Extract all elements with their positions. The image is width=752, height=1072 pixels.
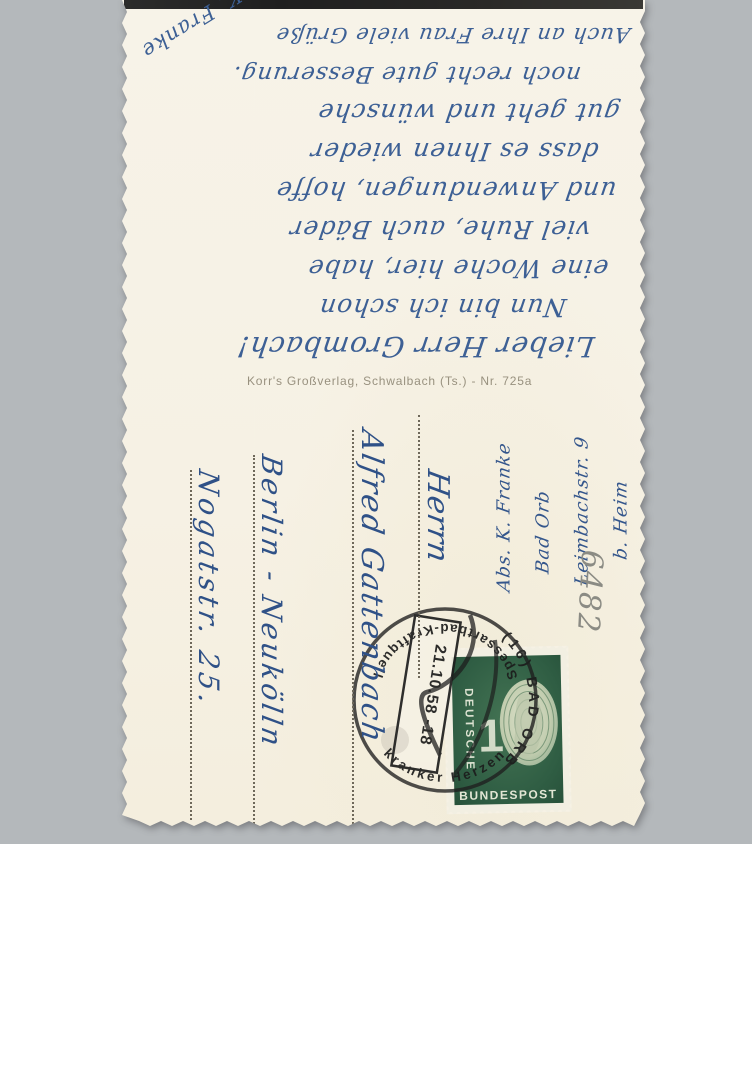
address-text: Berlin - Neukölln xyxy=(255,452,288,751)
address-line: Nogatstr. 25. xyxy=(190,470,253,820)
sender-line: b. Heim xyxy=(602,381,641,562)
message-line: und Anwendungen, hoffe xyxy=(127,171,618,210)
handwritten-message-block: Lieber Herr Grombach! Nun bin ich schon … xyxy=(130,6,636,366)
address-text: Nogatstr. 25. xyxy=(192,467,225,710)
address-line: Alfred Gattenbach xyxy=(352,430,418,828)
message-line: dass es Ihnen wieder xyxy=(127,132,600,171)
message-line: Nun bin ich schon xyxy=(127,288,568,327)
postcard-paper: Lieber Herr Grombach! Nun bin ich schon … xyxy=(122,0,645,826)
scanner-white-area xyxy=(0,844,752,1072)
message-line: eine Woche hier, habe xyxy=(127,249,610,288)
sender-line: Bad Orb xyxy=(524,381,563,576)
pencil-number: 6482 xyxy=(554,548,609,655)
address-line: Berlin - Neukölln xyxy=(253,455,352,828)
stamp-country-text: DEUTSCHE xyxy=(462,688,476,771)
address-text: Alfred Gattenbach xyxy=(354,427,389,747)
message-line: viel Ruhe, auch Bäder xyxy=(127,210,592,249)
message-line: gut geht und wünsche xyxy=(127,93,622,132)
recipient-address-block: Herrn Alfred Gattenbach Berlin - Neuköll… xyxy=(160,400,460,830)
sender-line: Abs. K. Franke xyxy=(485,381,524,594)
message-line: noch recht gute Besserung. xyxy=(127,54,583,93)
message-line: Lieber Herr Grombach! xyxy=(127,327,596,366)
address-line: Herrn xyxy=(418,415,460,678)
postcard-back: Lieber Herr Grombach! Nun bin ich schon … xyxy=(122,0,645,826)
address-text: Herrn xyxy=(420,467,455,565)
stamp-bundespost-text: BUNDESPOST xyxy=(459,787,558,803)
postcard-scan: { "scene": { "background_gray": "#b4b8bb… xyxy=(0,0,752,1072)
postage-stamp: DEUTSCHE 10 BUNDESPOST xyxy=(443,646,571,815)
